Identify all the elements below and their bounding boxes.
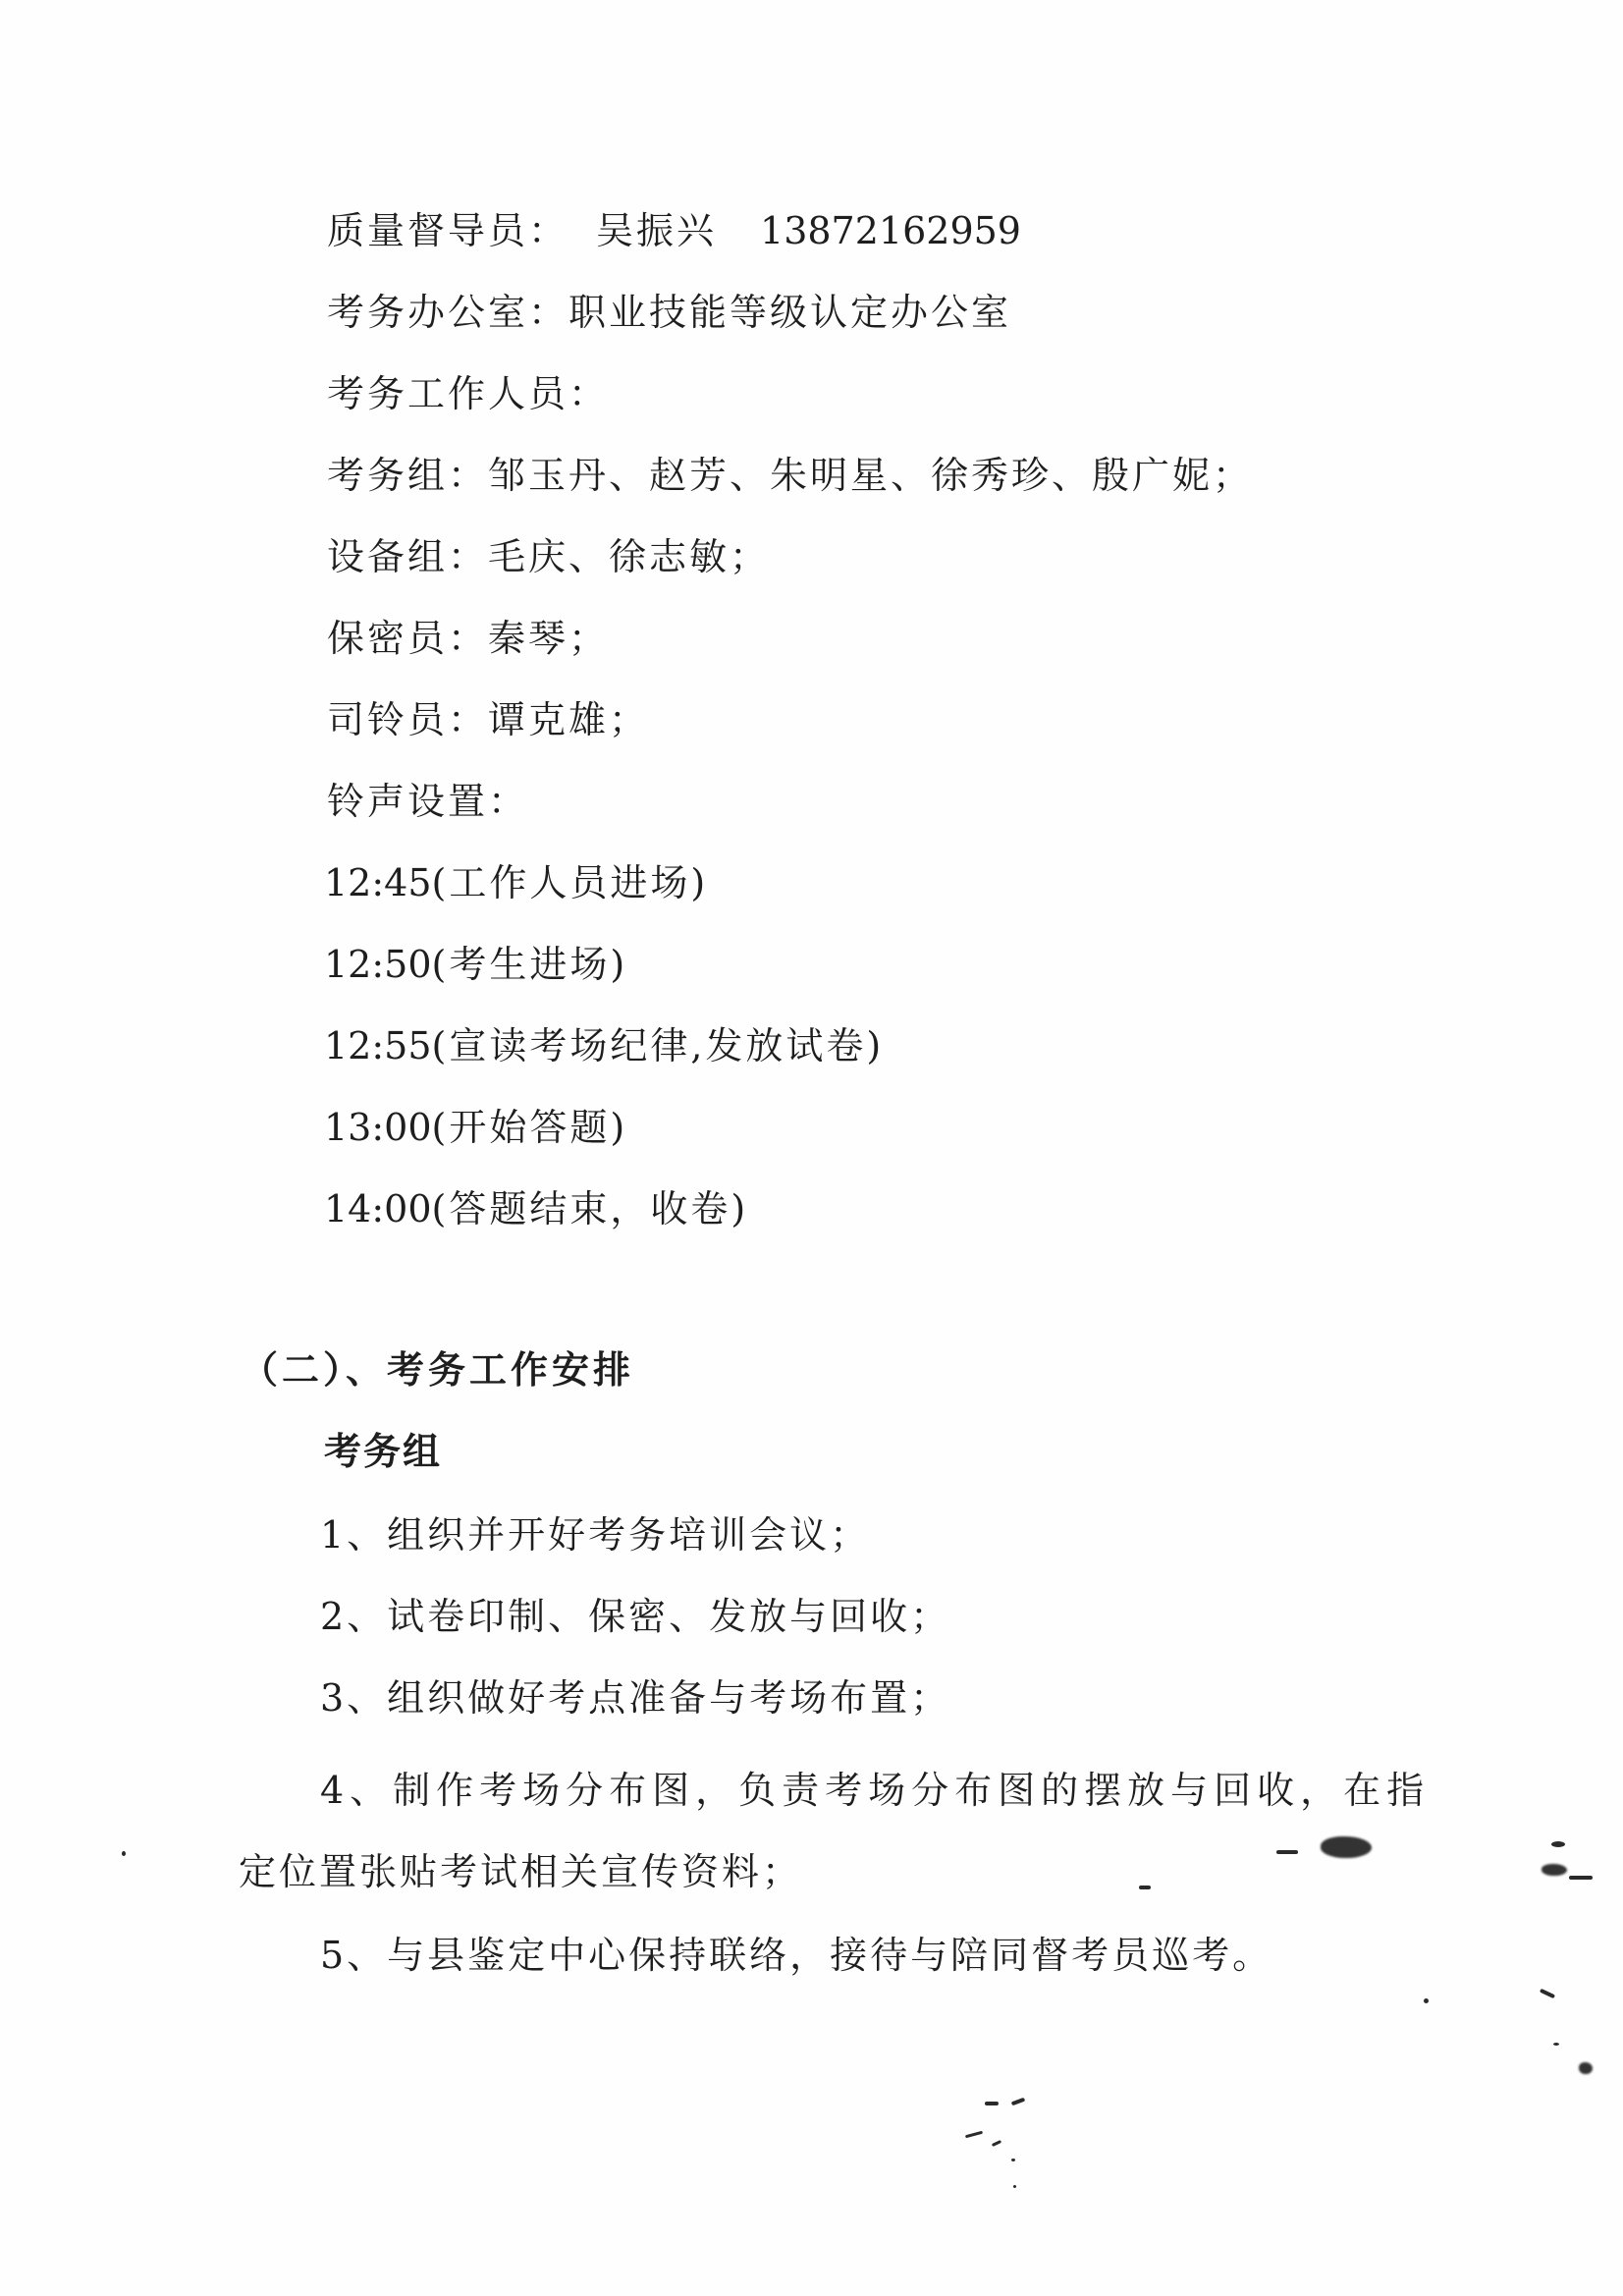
scan-speck bbox=[985, 2102, 999, 2105]
bell-event: (答题结束，收卷) bbox=[432, 1187, 749, 1230]
supervisor-label: 质量督导员： bbox=[327, 209, 568, 252]
section-heading: （二）、考务工作安排 bbox=[241, 1347, 634, 1393]
supervisor-line: 质量督导员：吴振兴13872162959 bbox=[327, 208, 1021, 253]
bell-schedule-item: 14:00(答题结束，收卷) bbox=[324, 1186, 748, 1231]
duty-item-continued: 定位置张贴考试相关宣传资料； bbox=[239, 1849, 802, 1894]
scan-smudge bbox=[1321, 1836, 1372, 1858]
group-label: 设备组： bbox=[327, 535, 488, 578]
duty-item: 2、试卷印制、保密、发放与回收； bbox=[320, 1594, 950, 1639]
scan-speck bbox=[992, 2140, 1001, 2147]
group-label: 考务组： bbox=[327, 454, 488, 497]
duty-item: 3、组织做好考点准备与考场布置； bbox=[320, 1675, 950, 1721]
scan-speck bbox=[1551, 1841, 1565, 1847]
group-members: 秦琴； bbox=[488, 617, 609, 660]
bell-event: (工作人员进场) bbox=[432, 861, 709, 904]
scan-speck bbox=[122, 1851, 126, 1856]
office-line: 考务办公室：职业技能等级认定办公室 bbox=[327, 290, 1011, 335]
office-label: 考务办公室： bbox=[327, 291, 568, 334]
group-label: 司铃员： bbox=[327, 698, 488, 741]
bell-event: (开始答题) bbox=[432, 1106, 628, 1149]
bell-schedule-item: 12:55(宣读考场纪律,发放试卷) bbox=[324, 1023, 884, 1068]
scan-speck bbox=[1540, 1989, 1555, 1998]
bell-schedule-title: 铃声设置： bbox=[327, 779, 528, 824]
bell-time: 14:00 bbox=[324, 1187, 432, 1230]
supervisor-name: 吴振兴 bbox=[596, 209, 717, 252]
duty-item: 1、组织并开好考务培训会议； bbox=[320, 1512, 870, 1558]
scanned-document-page: 质量督导员：吴振兴13872162959 考务办公室：职业技能等级认定办公室 考… bbox=[0, 0, 1623, 2296]
subsection-heading: 考务组 bbox=[324, 1429, 442, 1474]
bell-schedule-item: 13:00(开始答题) bbox=[324, 1105, 627, 1150]
duty-item: 5、与县鉴定中心保持联络，接待与陪同督考员巡考。 bbox=[320, 1933, 1272, 1978]
bell-schedule-item: 12:50(考生进场) bbox=[324, 942, 627, 987]
scan-speck bbox=[965, 2131, 983, 2139]
group-members: 毛庆、徐志敏； bbox=[488, 535, 770, 578]
staff-group-exam-affairs: 考务组：邹玉丹、赵芳、朱明星、徐秀珍、殷广妮； bbox=[327, 453, 1253, 498]
staff-group-bell-ringer: 司铃员：谭克雄； bbox=[327, 697, 649, 742]
scan-speck bbox=[1553, 2043, 1559, 2046]
bell-time: 12:50 bbox=[324, 943, 432, 986]
office-value: 职业技能等级认定办公室 bbox=[568, 291, 1011, 334]
bell-schedule-item: 12:45(工作人员进场) bbox=[324, 860, 708, 905]
scan-speck bbox=[1569, 1876, 1593, 1880]
scan-speck bbox=[1139, 1886, 1151, 1889]
staff-group-confidentiality: 保密员：秦琴； bbox=[327, 616, 609, 661]
scan-speck bbox=[1013, 2185, 1016, 2188]
supervisor-phone: 13872162959 bbox=[760, 209, 1021, 252]
group-members: 邹玉丹、赵芳、朱明星、徐秀珍、殷广妮； bbox=[488, 454, 1253, 497]
scan-smudge bbox=[1579, 2062, 1593, 2074]
bell-event: (宣读考场纪律,发放试卷) bbox=[432, 1024, 885, 1067]
scan-speck bbox=[1276, 1850, 1298, 1854]
bell-time: 12:45 bbox=[324, 861, 432, 904]
scan-speck bbox=[1424, 1998, 1429, 2003]
staff-title: 考务工作人员： bbox=[327, 371, 609, 416]
group-label: 保密员： bbox=[327, 617, 488, 660]
bell-time: 13:00 bbox=[324, 1106, 432, 1149]
duty-item: 4、制作考场分布图，负责考场分布图的摆放与回收，在指 bbox=[320, 1768, 1430, 1813]
staff-group-equipment: 设备组：毛庆、徐志敏； bbox=[327, 534, 770, 579]
group-members: 谭克雄； bbox=[488, 698, 649, 741]
scan-smudge bbox=[1542, 1864, 1567, 1876]
bell-event: (考生进场) bbox=[432, 943, 628, 986]
bell-time: 12:55 bbox=[324, 1024, 432, 1067]
scan-speck bbox=[1011, 2159, 1015, 2161]
scan-speck bbox=[1011, 2098, 1026, 2106]
